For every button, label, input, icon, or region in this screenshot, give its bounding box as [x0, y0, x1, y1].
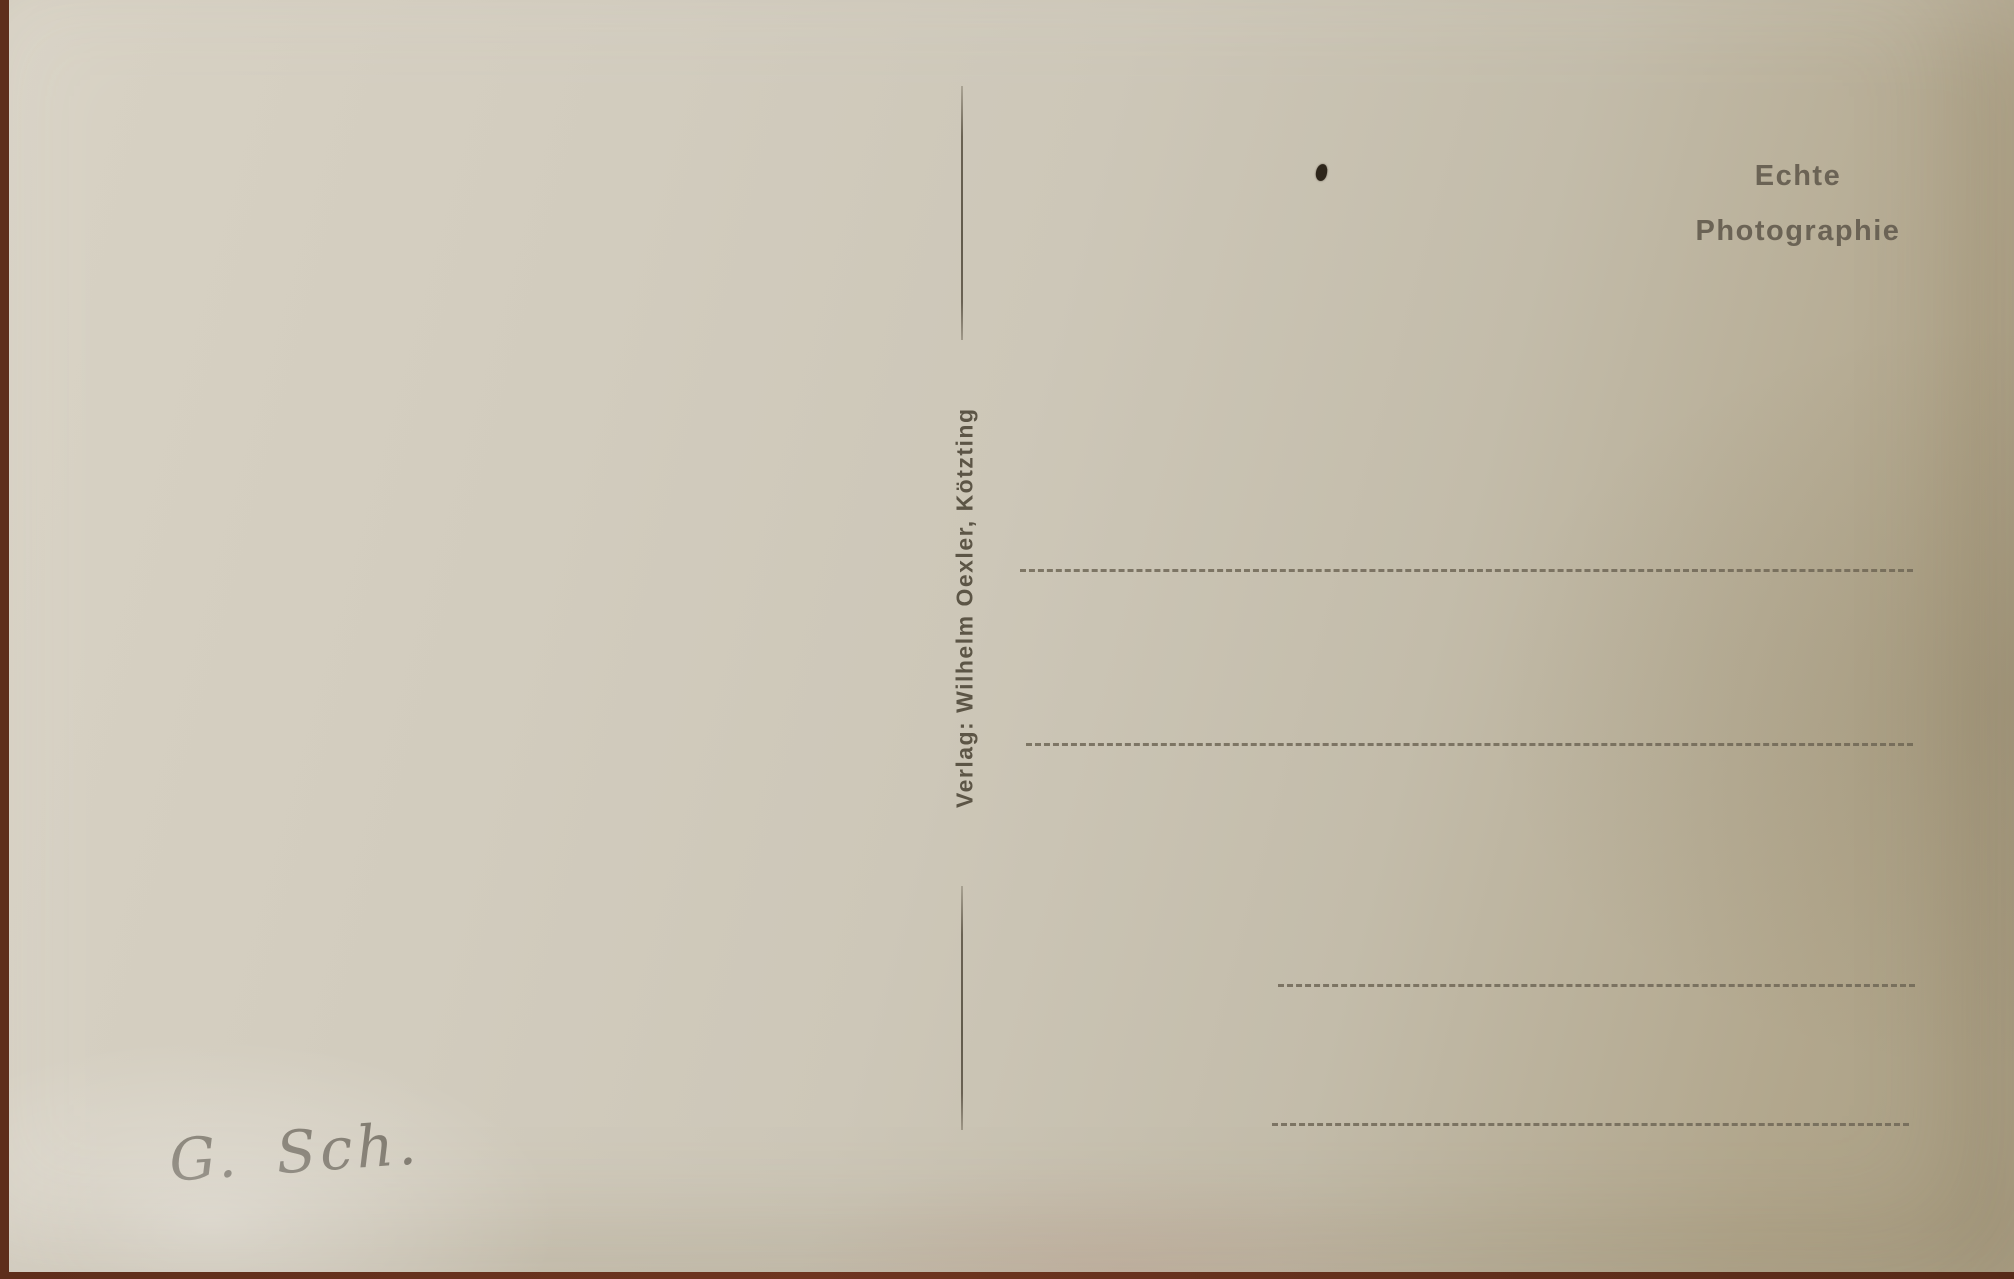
- ink-spot: [1315, 163, 1329, 182]
- divider-line-top: [961, 86, 963, 340]
- address-line-4: [1272, 1123, 1909, 1126]
- photo-type-line1: Echte: [1598, 160, 1998, 193]
- address-line-3: [1278, 984, 1915, 987]
- handwritten-initials: G. Sch.: [167, 1109, 422, 1194]
- photo-type-line2: Photographie: [1598, 215, 1998, 248]
- publisher-imprint: Verlag: Wilhelm Oexler, Kötzting: [942, 388, 988, 828]
- postcard-back: Verlag: Wilhelm Oexler, Kötzting Echte P…: [9, 0, 2014, 1272]
- photo-type-imprint: Echte Photographie: [1598, 160, 1998, 248]
- table-surface: Verlag: Wilhelm Oexler, Kötzting Echte P…: [0, 0, 2014, 1279]
- address-line-2: [1026, 743, 1913, 746]
- address-line-1: [1020, 569, 1913, 572]
- divider-line-bottom: [961, 886, 963, 1130]
